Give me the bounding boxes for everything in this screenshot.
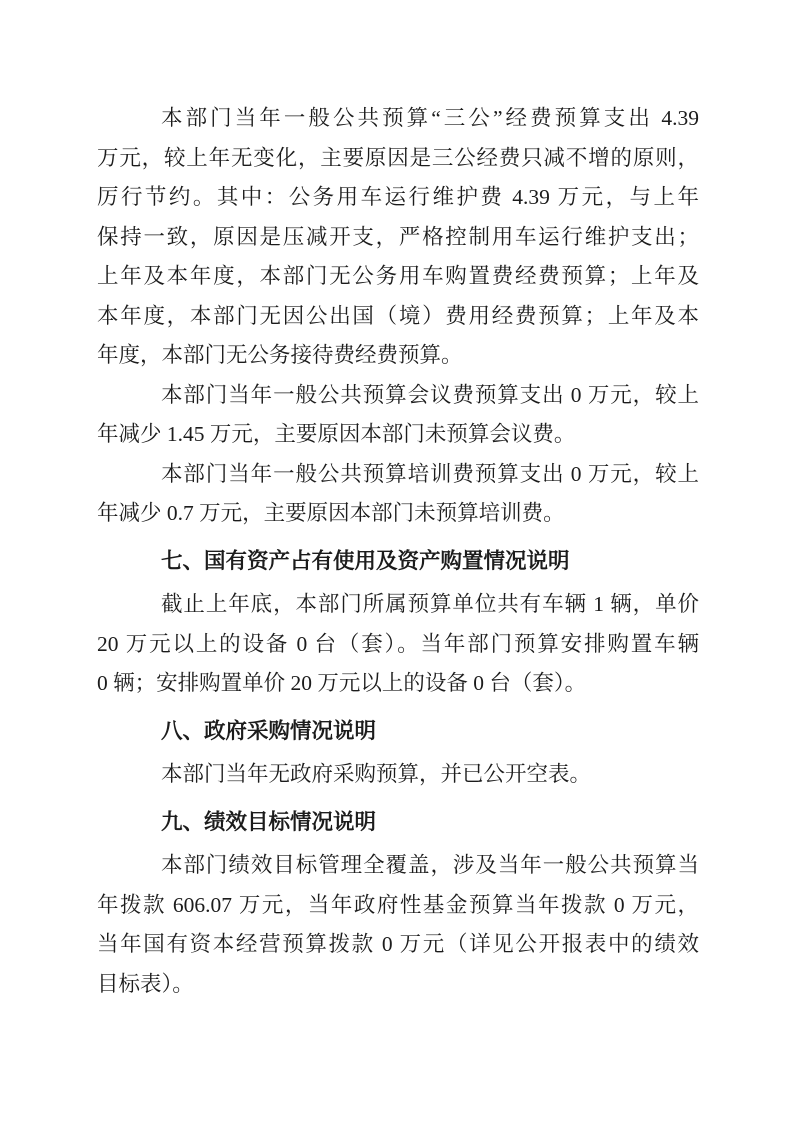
text-line: 年拨款 606.07 万元，当年政府性基金预算当年拨款 0 万元， <box>97 886 699 926</box>
section-heading: 九、绩效目标情况说明 <box>97 803 699 843</box>
text-line: 保持一致，原因是压减开支，严格控制用车运行维护支出； <box>97 218 699 258</box>
text-line: 年减少 0.7 万元，主要原因本部门未预算培训费。 <box>97 494 699 534</box>
section-heading: 八、政府采购情况说明 <box>97 712 699 752</box>
text-line: 本部门当年一般公共预算“三公”经费预算支出 4.39 <box>97 99 699 139</box>
section-heading: 七、国有资产占有使用及资产购置情况说明 <box>97 542 699 582</box>
text-line: 20 万元以上的设备 0 台（套）。当年部门预算安排购置车辆 <box>97 625 699 665</box>
text-line: 上年及本年度，本部门无公务用车购置费经费预算；上年及 <box>97 257 699 297</box>
text-line: 截止上年底，本部门所属预算单位共有车辆 1 辆，单价 <box>97 585 699 625</box>
document-page: 本部门当年一般公共预算“三公”经费预算支出 4.39万元，较上年无变化，主要原因… <box>0 0 793 1122</box>
text-line: 本部门当年无政府采购预算，并已公开空表。 <box>97 755 699 795</box>
text-line: 厉行节约。其中：公务用车运行维护费 4.39 万元，与上年 <box>97 178 699 218</box>
text-line: 年度，本部门无公务接待费经费预算。 <box>97 336 699 376</box>
text-line: 万元，较上年无变化，主要原因是三公经费只减不增的原则， <box>97 139 699 179</box>
text-line: 当年国有资本经营预算拨款 0 万元（详见公开报表中的绩效 <box>97 925 699 965</box>
text-line: 本年度，本部门无因公出国（境）费用经费预算；上年及本 <box>97 297 699 337</box>
text-line: 本部门当年一般公共预算培训费预算支出 0 万元，较上 <box>97 455 699 495</box>
text-line: 目标表）。 <box>97 965 699 1005</box>
text-line: 0 辆；安排购置单价 20 万元以上的设备 0 台（套）。 <box>97 664 699 704</box>
text-line: 本部门当年一般公共预算会议费预算支出 0 万元，较上 <box>97 376 699 416</box>
text-line: 年减少 1.45 万元，主要原因本部门未预算会议费。 <box>97 415 699 455</box>
text-line: 本部门绩效目标管理全覆盖，涉及当年一般公共预算当 <box>97 846 699 886</box>
